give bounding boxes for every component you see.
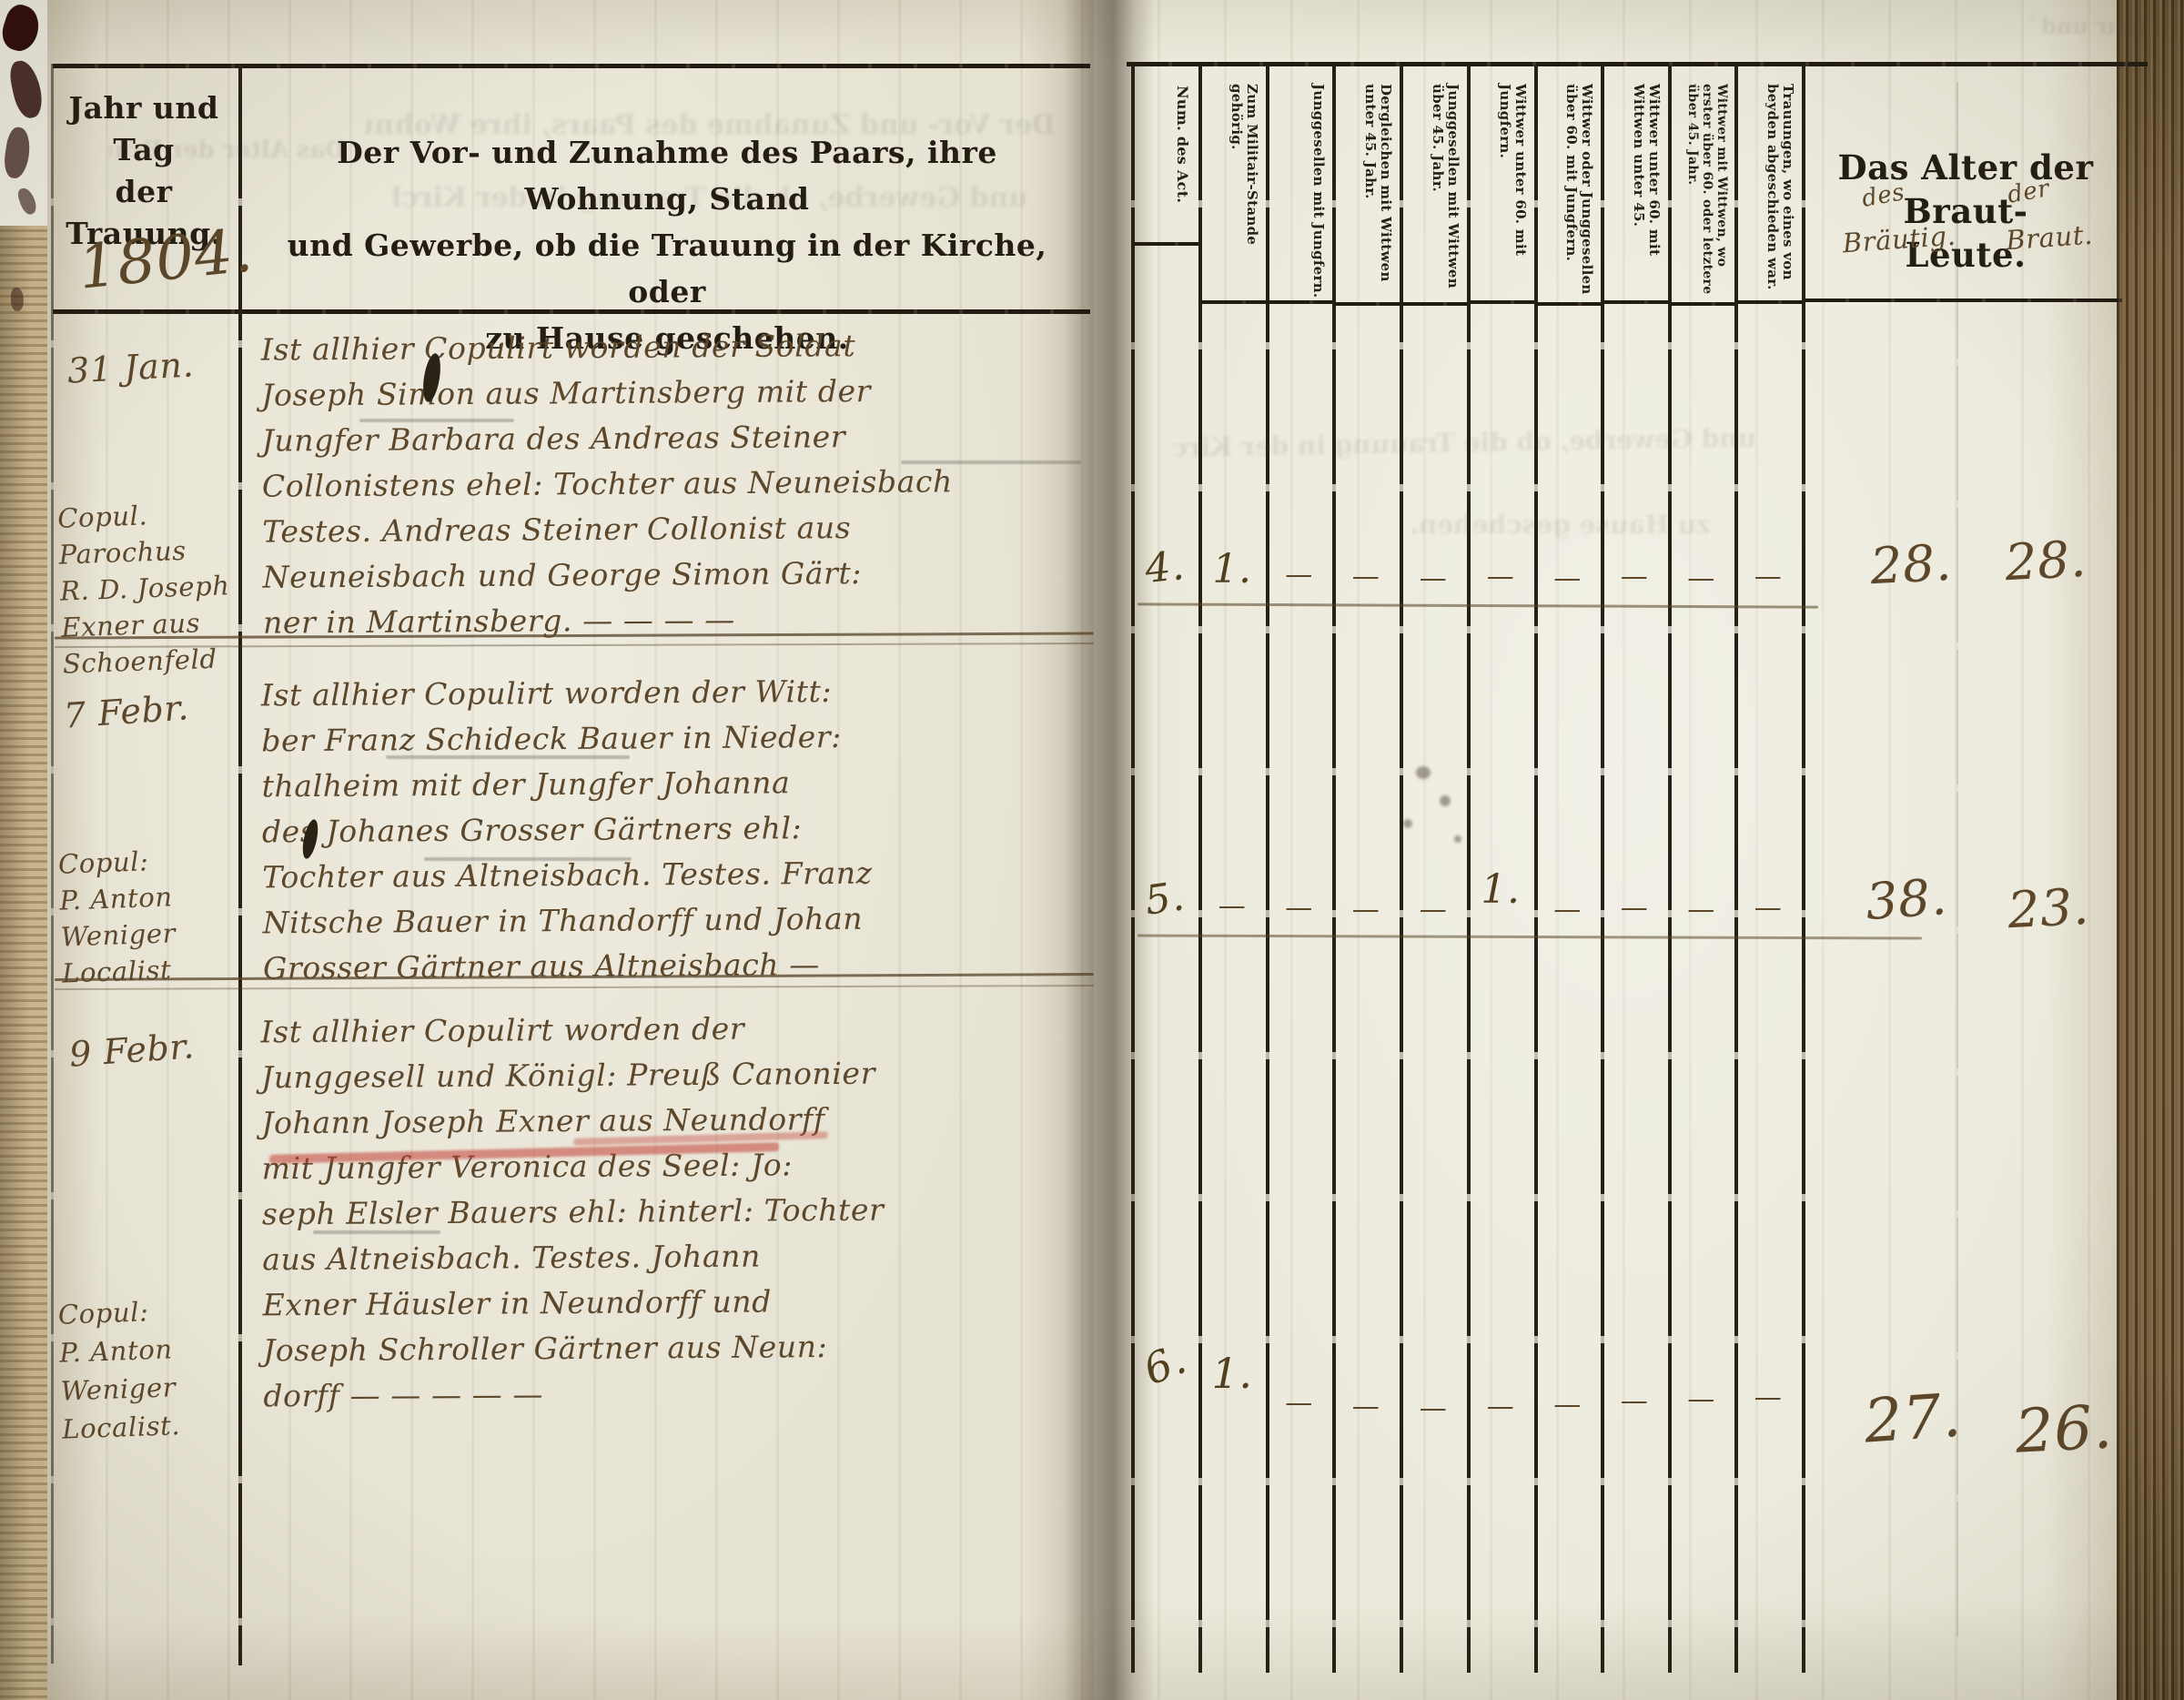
header-tick [1334,302,1400,306]
officiant-note: Copul: P. Anton Weniger Localist [57,839,253,991]
column-line [1266,66,1269,1673]
groom-age: 38. [1836,865,1977,933]
entry-body-line: Neuneisbach und George Simon Gärt: [263,554,954,604]
stat-cell: — [1668,562,1734,594]
stat-cell: — [1734,1381,1802,1413]
stat-cell: — [1332,1391,1400,1422]
entry-body-line: Joseph Simon aus Martinsberg mit der [261,372,952,422]
entry-date: 31 Jan. [66,344,195,390]
entry-body-line: dorff — — — — — [263,1374,885,1424]
pencil-underline [386,755,630,759]
officiant-note: Copul: P. Anton Weniger Localist. [57,1289,254,1448]
col-header-dergleichen-wittwen-u45: Dergleichen mit Wittwen unter 45. Jahr. [1362,84,1393,302]
officiant-line: Schoenfeld [62,639,254,682]
bride-age: 28. [1980,528,2110,592]
officiant-line: R. D. Joseph [59,566,251,609]
col-header-trauungen-geschieden: Trauungen, wo eines von beyden abgeschie… [1764,84,1795,302]
stat-cell: — [1467,1391,1534,1422]
stat-cell: — [1467,561,1534,592]
officiant-line: Localist [61,948,253,991]
entry-body: Ist allhier Copulirt worden der Soldat J… [261,327,954,650]
bride-age: 23. [1978,875,2118,941]
stat-cell: — [1668,894,1734,926]
groom-age: 28. [1845,531,1976,596]
entry-body-line: thalheim mit der Jungfer Johanna [261,764,872,815]
stat-cell: — [1668,1383,1734,1415]
top-rule-left-page [53,64,1090,68]
stat-cell: — [1534,1389,1601,1421]
stat-cell: — [1400,562,1467,594]
entry-body-line: Ist allhier Copulirt worden der Witt: [261,673,872,724]
entry-body-line: Collonistens ehel: Tochter aus Neuneisba… [262,463,953,513]
stat-cell: — [1400,1392,1467,1424]
stat-cell: 5. [1128,871,1201,926]
header-tick [1401,302,1467,306]
date-header-line2: der [56,171,231,213]
top-rule-right-page [1127,62,2148,66]
stat-cell: — [1601,1385,1668,1417]
column-line [1668,66,1672,1673]
column-line [1131,66,1135,1673]
col-header-wittwer-u60-wittwen-u45: Wittwer unter 60. mit Wittwen unter 45. [1631,84,1662,302]
entry-body-line: Jungfer Barbara des Andreas Steiner [261,418,952,468]
age-header-rule [1804,299,2122,302]
entry-body-line: Johann Joseph Exner aus Neundorff [261,1101,884,1151]
entry-body-line: des Johanes Grosser Gärtners ehl: [262,810,873,860]
names-header-line2: und Gewerbe, ob die Trauung in der Kirch… [257,222,1077,315]
col-header-wittwer-u60-jungfern: Wittwer unter 60. mit Jungfern. [1497,84,1528,302]
header-tick [1536,302,1601,306]
entry-body-line: Ist allhier Copulirt worden der [260,1010,883,1060]
entry-body-line: Joseph Schroller Gärtner aus Neun: [263,1329,885,1379]
pencil-underline [901,460,1081,464]
entry-body: Ist allhier Copulirt worden der Junggese… [260,1010,885,1424]
book-edge-left [0,0,53,1700]
col-header-wittwer-ue60-jungfern: Wittwer oder Junggesellen über 60. mit J… [1563,84,1594,302]
stat-cell: 1. [1198,546,1266,592]
column-line [1198,66,1202,1673]
stat-cell: — [1534,562,1601,594]
entry-body-line: Grosser Gärtner aus Altneisbach — [263,946,874,997]
column-line [1802,66,1805,1673]
officiant-line: Localist. [62,1403,254,1448]
column-line [1734,66,1738,1673]
entry-body-line: Junggesell und Königl: Preuß Canonier [261,1056,884,1106]
entry-body-line: Exner Häusler in Neundorff und [263,1283,885,1333]
stat-cell: — [1332,561,1400,592]
stat-cell: — [1400,894,1467,926]
stat-cell: — [1734,561,1802,592]
col-header-militair: Zum Militair-Stande gehörig. [1228,84,1259,302]
groom-age: 27. [1838,1379,1988,1459]
entry-body-line: Testes. Andreas Steiner Collonist aus [262,509,953,559]
officiant-line: Weniger [60,1365,252,1410]
table-left-border [51,64,54,1664]
entry-body-line: Tochter aus Altneisbach. Testes. Franz [262,855,873,906]
entry-body-line: ber Franz Schideck Bauer in Nieder: [261,719,872,769]
pencil-underline [359,419,514,422]
stat-cell: — [1198,890,1266,922]
ink-smudge [1403,819,1412,828]
stat-cell: — [1734,892,1802,924]
ink-smudge [1416,766,1431,779]
stat-cell: 4. [1129,541,1201,593]
stat-cell: — [1332,894,1400,926]
names-column-header: Der Vor- und Zunahme des Paars, ihre Woh… [257,129,1077,361]
col-header-junggesellen-jungfern: Junggesellen mit Jungfern. [1310,84,1326,302]
entry-body-line: aus Altneisbach. Testes. Johann [262,1238,885,1288]
register-scan: Der Vor- und Zunahme des Paars, ihre Woh… [0,0,2184,1700]
col-header-num-des-act: Num. des Act. [1174,86,1190,248]
header-tick [1670,302,1734,306]
margin-ink-mark [11,288,24,311]
entry-body: Ist allhier Copulirt worden der Witt: be… [261,673,874,997]
column-line [1400,66,1403,1673]
stat-cell: 1. [1198,1349,1266,1398]
column-line [1534,66,1538,1673]
entry-body-line: seph Elsler Bauers ehl: hinterl: Tochter [262,1192,885,1242]
pencil-underline [424,857,632,861]
stat-cell: 1. [1467,866,1534,913]
stat-cell: — [1266,1387,1332,1419]
officiant-line: Copul: [57,1289,249,1333]
stat-cell: — [1601,561,1668,592]
entry-body-line: Nitsche Bauer in Thandorff und Johan [263,901,874,951]
officiant-note: Copul. Parochus R. D. Joseph Exner aus S… [57,493,255,682]
stat-cell: — [1266,892,1332,924]
pencil-underline [313,1230,440,1234]
entry-body-line: ner in Martinsberg. — — — — [263,600,954,650]
officiant-line: P. Anton [59,1327,251,1371]
stat-cell: — [1534,894,1601,926]
stat-cell: — [1266,559,1332,591]
col-header-junggesellen-wittwen-ue45: Junggesellen mit Wittwen über 45. Jahr. [1430,84,1461,302]
date-header-line1: Jahr und Tag [56,87,231,171]
ink-smudge [1440,795,1451,806]
column-line [1332,66,1336,1673]
column-line [1601,66,1604,1673]
stat-cell: — [1601,892,1668,924]
bride-age: 26. [1989,1391,2138,1468]
ink-smudge [1454,835,1461,843]
entry-body-line: Ist allhier Copulirt worden der Soldat [261,327,952,377]
col-header-wittwer-wittwen-alt: Wittwer mit Wittwen, wo erster über 60. … [1684,84,1728,302]
names-header-line1: Der Vor- und Zunahme des Paars, ihre Woh… [257,129,1077,222]
